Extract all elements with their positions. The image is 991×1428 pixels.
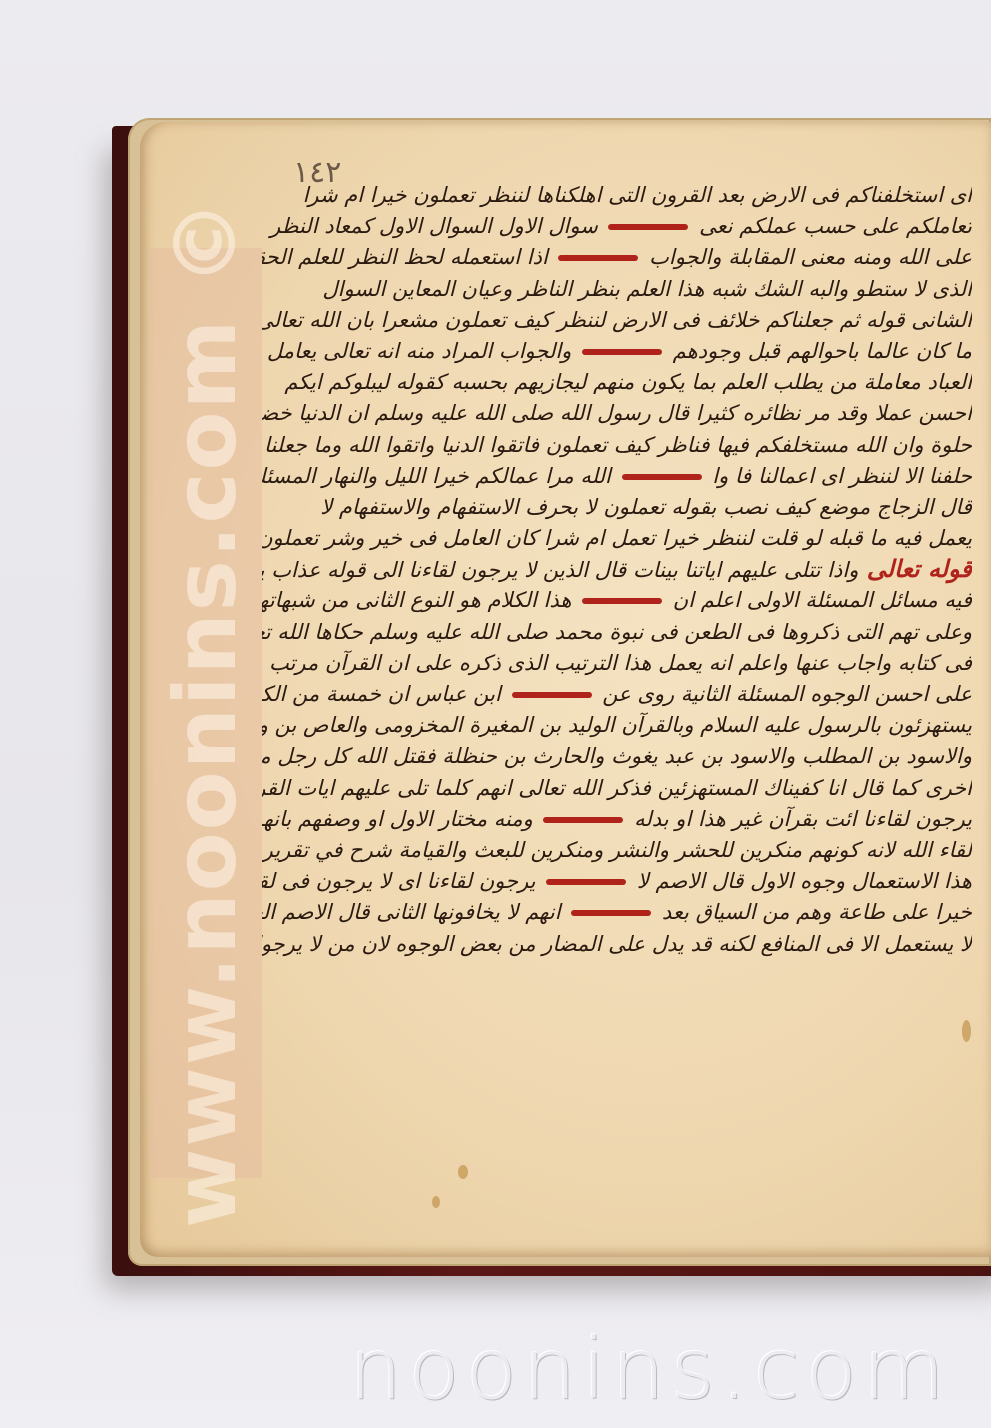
rubric-overline (543, 817, 623, 823)
manuscript-text-block: اى استخلفناكم فى الارض بعد القرون التى ا… (262, 180, 972, 960)
manuscript-line: لا يستعمل الا فى المنافع لكنه قد يدل على… (262, 929, 972, 960)
manuscript-line: الذى لا ستطو والبه الشك شبه هذا العلم بن… (262, 274, 972, 305)
stain (458, 1165, 468, 1179)
manuscript-line: الشانى قوله ثم جعلناكم خلائف فى الارض لن… (262, 305, 972, 336)
rubric-overline (608, 224, 688, 230)
manuscript-line: حلفنا الا لننظر اى اعمالنا فا وا الله مر… (262, 461, 972, 492)
manuscript-line: على احسن الوجوه المسئلة الثانية روى عن ا… (262, 679, 972, 710)
manuscript-line: احسن عملا وقد مر نظائره كثيرا قال رسول ا… (262, 398, 972, 429)
rubric-overline (512, 692, 592, 698)
manuscript-line: يرجون لقاءنا ائت بقرآن غير هذا او بدله و… (262, 804, 972, 835)
manuscript-line: اى استخلفناكم فى الارض بعد القرون التى ا… (262, 180, 972, 211)
stain (962, 1020, 971, 1042)
rubric-overline (622, 474, 702, 480)
manuscript-line: قال الزجاج موضع كيف نصب بقوله تعملون لا … (262, 492, 972, 523)
manuscript-line: يعمل فيه ما قبله لو قلت لننظر خيرا تعمل … (262, 523, 972, 554)
watermark-vertical: www.noonins.com © (150, 248, 262, 1178)
manuscript-line: تعاملكم على حسب عملكم نعى سوال الاول الس… (262, 211, 972, 242)
manuscript-line: اخرى كما قال انا كفيناك المستهزئين فذكر … (262, 773, 972, 804)
watermark-bottom: noonins.com (330, 1320, 970, 1418)
manuscript-line: على الله ومنه معنى المقابلة والجواب اذا … (262, 242, 972, 273)
manuscript-line: خيرا على طاعة وهم من السياق بعد انهم لا … (262, 897, 972, 928)
rubric-heading: قوله تعالى (858, 555, 972, 583)
rubric-overline (582, 598, 662, 604)
manuscript-line: ما كان عالما باحوالهم قبل وجودهم والجواب… (262, 336, 972, 367)
manuscript-line: والاسود بن المطلب والاسود بن عبد يغوث وا… (262, 741, 972, 772)
manuscript-line: حلوة وان الله مستخلفكم فيها فناظر كيف تع… (262, 430, 972, 461)
manuscript-line: لقاء الله لانه كونهم منكرين للحشر والنشر… (262, 835, 972, 866)
rubric-overline (558, 255, 638, 261)
manuscript-line: وعلى تهم التى ذكروها فى الطعن فى نبوة مح… (262, 617, 972, 648)
manuscript-line: يستهزئون بالرسول عليه السلام وبالقرآن ال… (262, 710, 972, 741)
rubric-overline (571, 910, 651, 916)
stain (432, 1196, 440, 1208)
manuscript-line: العباد معاملة من يطلب العلم بما يكون منه… (262, 367, 972, 398)
rubric-overline (546, 879, 626, 885)
manuscript-line: فيه مسائل المسئلة الاولى اعلم ان هذا الك… (262, 585, 972, 616)
manuscript-line: فى كتابه واجاب عنها واعلم انه يعمل هذا ا… (262, 648, 972, 679)
manuscript-line: قوله تعالى واذا تتلى عليهم اياتنا بينات … (262, 554, 972, 585)
rubric-overline (582, 349, 662, 355)
manuscript-line: هذا الاستعمال وجوه الاول قال الاصم لا ير… (262, 866, 972, 897)
